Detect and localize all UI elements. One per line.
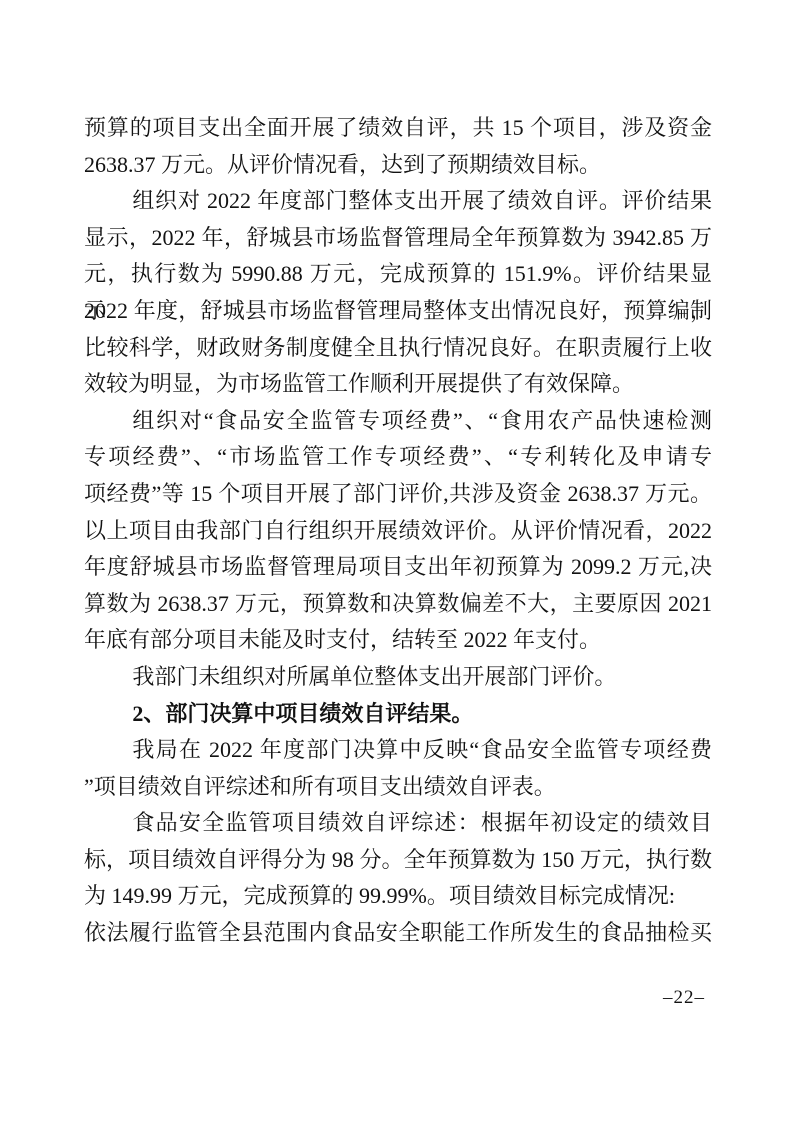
page-number: –22– xyxy=(663,986,705,1010)
text-line: 项经费”等 15 个项目开展了部门评价,共涉及资金 2638.37 万元。 xyxy=(84,476,712,513)
text-line: 年底有部分项目未能及时支付，结转至 2022 年支付。 xyxy=(84,622,712,659)
text-line: 年度舒城县市场监督管理局项目支出年初预算为 2099.2 万元,决 xyxy=(84,549,712,586)
text-line: 比较科学，财政财务制度健全且执行情况良好。在职责履行上收 xyxy=(84,330,712,367)
text-line: 以上项目由我部门自行组织开展绩效评价。从评价情况看，2022 xyxy=(84,513,712,550)
text-line: 算数为 2638.37 万元，预算数和决算数偏差不大，主要原因 2021 xyxy=(84,586,712,623)
text-line: 食品安全监管项目绩效自评综述：根据年初设定的绩效目 xyxy=(84,805,712,842)
text-line: 为 149.99 万元，完成预算的 99.99%。项目绩效目标完成情况: xyxy=(84,878,712,915)
text-line: 我部门未组织对所属单位整体支出开展部门评价。 xyxy=(84,659,712,696)
text-line: 2022 年度，舒城县市场监督管理局整体支出情况良好，预算编制 xyxy=(84,293,712,330)
section-heading: 2、部门决算中项目绩效自评结果。 xyxy=(84,696,712,733)
text-line: 2638.37 万元。从评价情况看，达到了预期绩效目标。 xyxy=(84,147,712,184)
text-line: 依法履行监管全县范围内食品安全职能工作所发生的食品抽检买 xyxy=(84,915,712,952)
text-line: 组织对 2022 年度部门整体支出开展了绩效自评。评价结果 xyxy=(84,183,712,220)
text-line: 组织对“食品安全监管专项经费”、“食用农产品快速检测 xyxy=(84,403,712,440)
document-page: 预算的项目支出全面开展了绩效自评，共 15 个项目，涉及资金 2638.37 万… xyxy=(0,0,793,1122)
text-line: 标，项目绩效自评得分为 98 分。全年预算数为 150 万元，执行数 xyxy=(84,842,712,879)
text-line: 元，执行数为 5990.88 万元，完成预算的 151.9%。评价结果显示， xyxy=(84,256,712,293)
text-line: 显示，2022 年，舒城县市场监督管理局全年预算数为 3942.85 万 xyxy=(84,220,712,257)
document-body: 预算的项目支出全面开展了绩效自评，共 15 个项目，涉及资金 2638.37 万… xyxy=(84,110,712,952)
text-line: ”项目绩效自评综述和所有项目支出绩效自评表。 xyxy=(84,769,712,806)
text-line: 预算的项目支出全面开展了绩效自评，共 15 个项目，涉及资金 xyxy=(84,110,712,147)
text-line: 专项经费”、“市场监管工作专项经费”、“专利转化及申请专 xyxy=(84,439,712,476)
text-line: 我局在 2022 年度部门决算中反映“食品安全监管专项经费 xyxy=(84,732,712,769)
text-line: 效较为明显，为市场监管工作顺利开展提供了有效保障。 xyxy=(84,366,712,403)
